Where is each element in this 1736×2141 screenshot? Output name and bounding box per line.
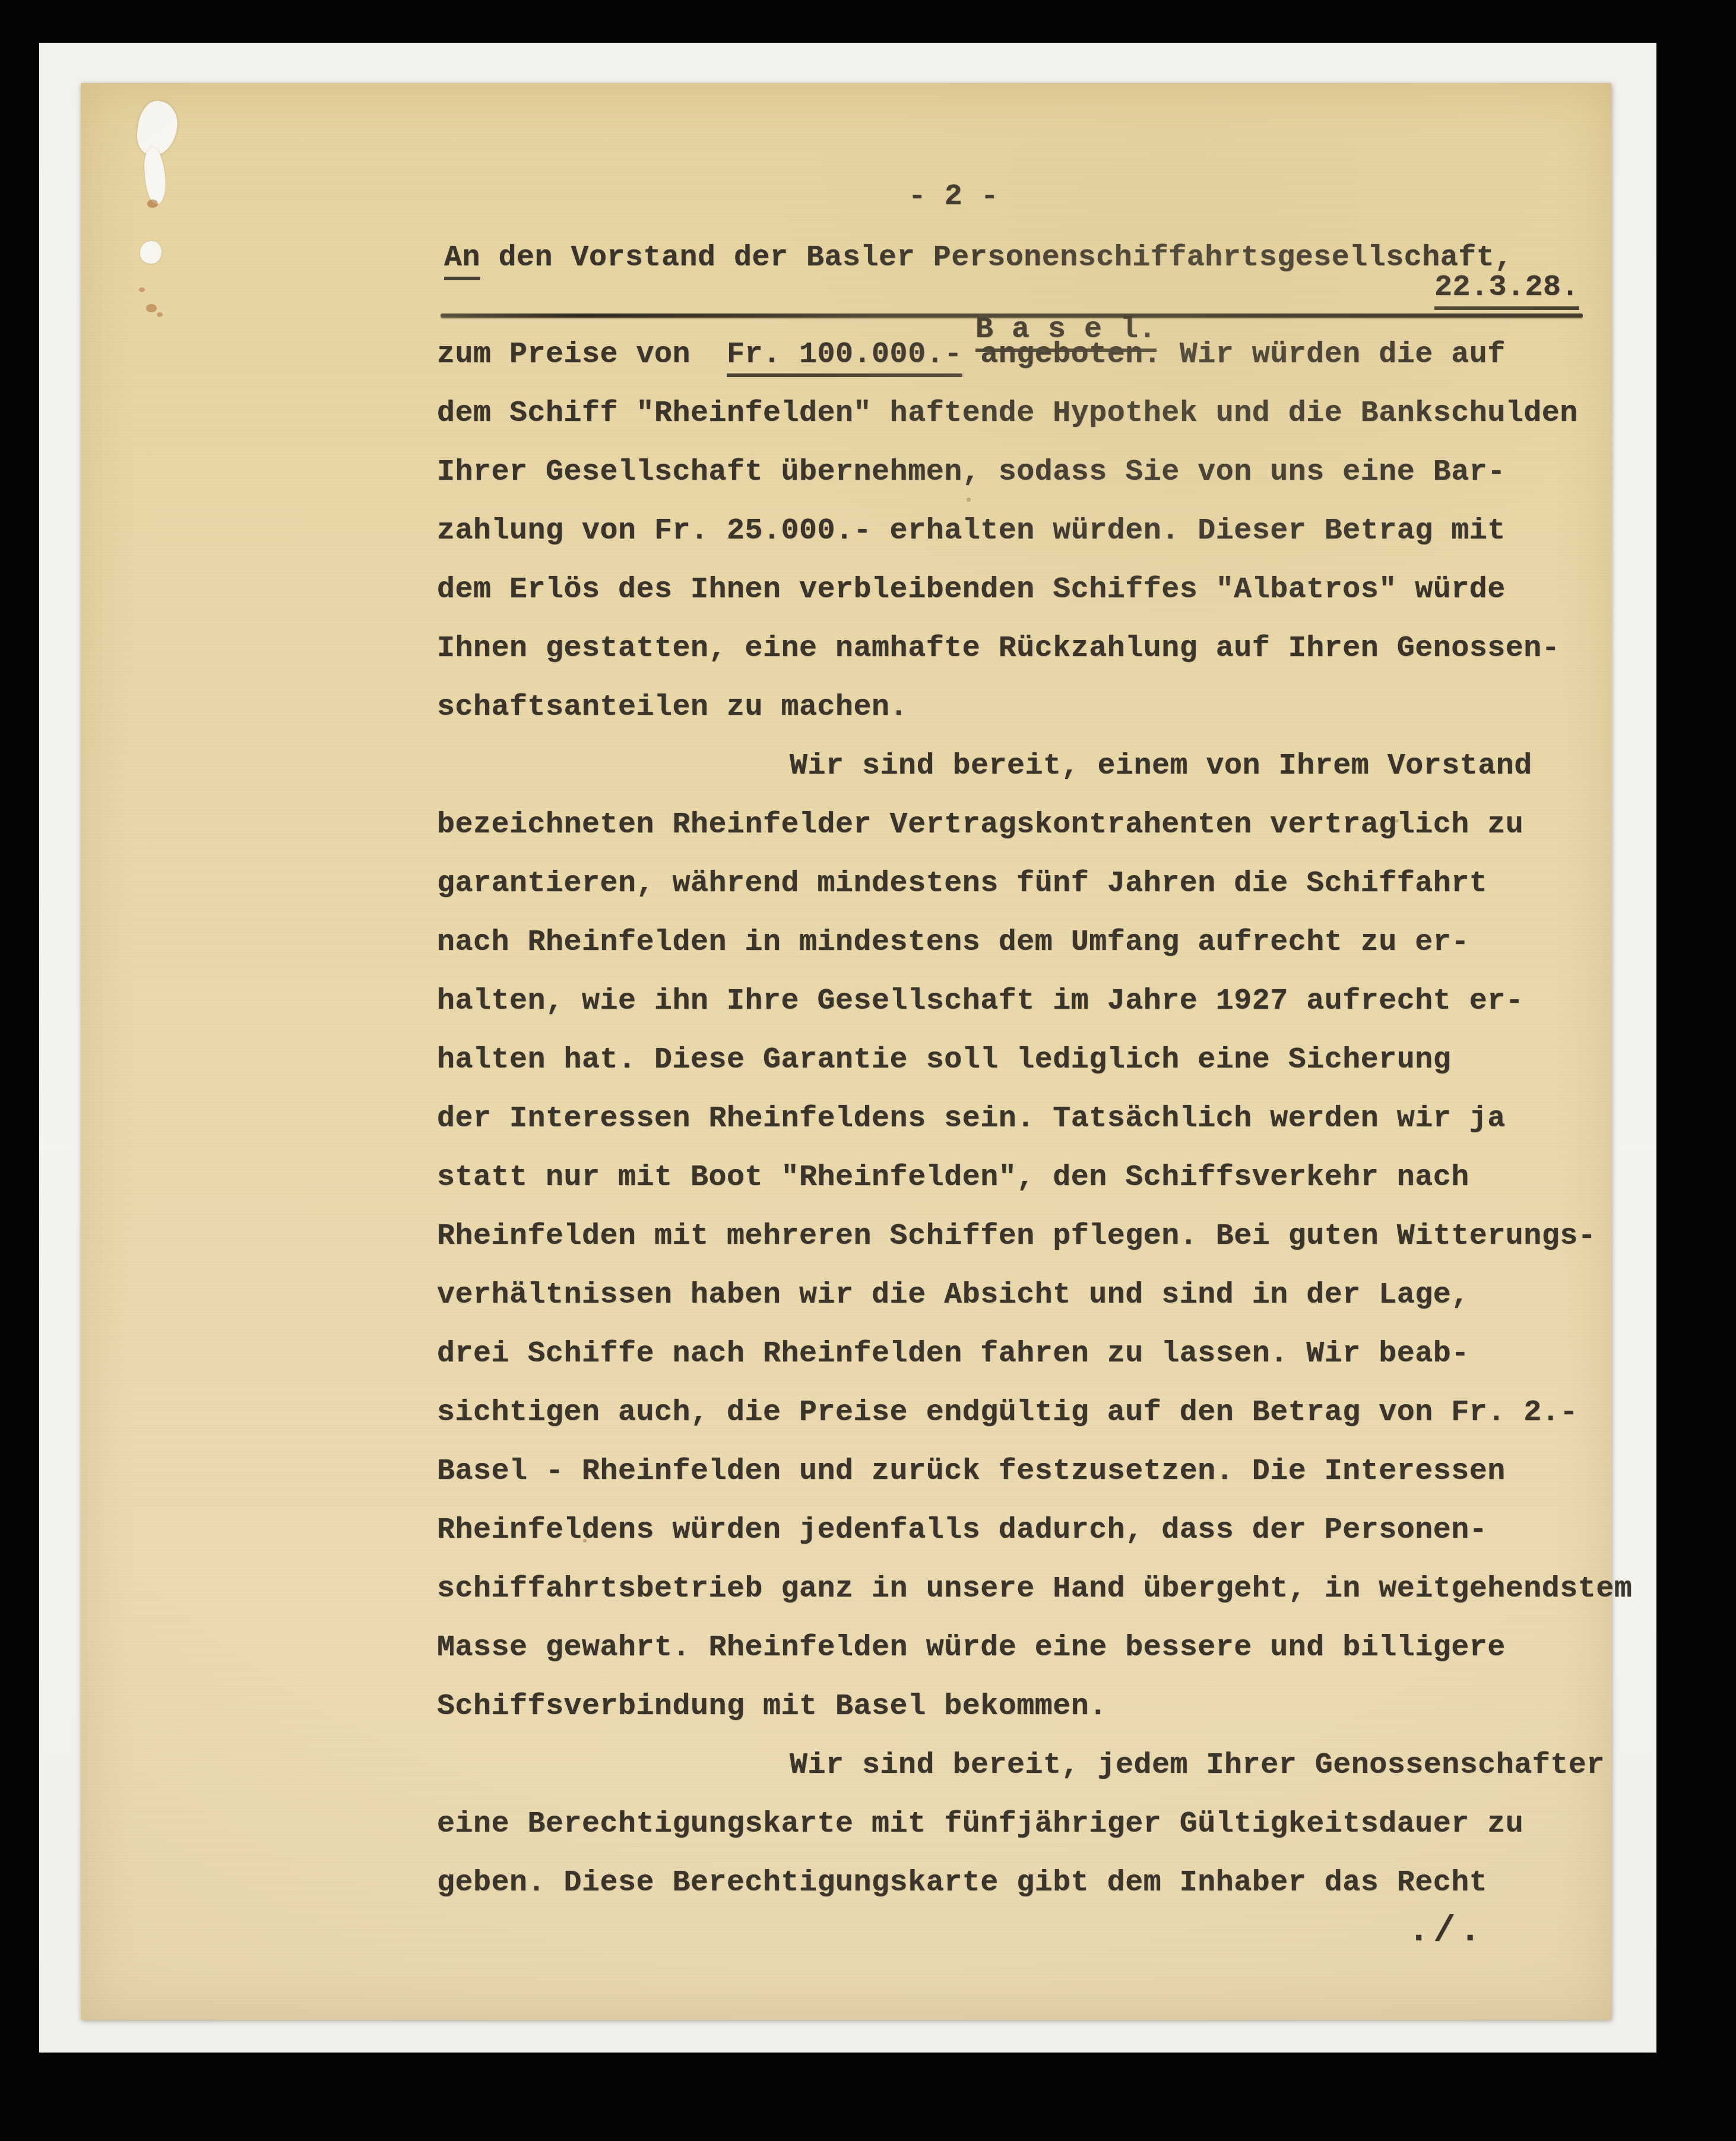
- body-line: sichtigen auch, die Preise endgültig auf…: [437, 1383, 1624, 1442]
- text-segment: den Vorstand der Basler Personenschiffah…: [480, 241, 1513, 275]
- text-segment: statt nur mit Boot "Rheinfelden", den Sc…: [437, 1161, 1469, 1195]
- text-segment: eine Berechtigungskarte mit fünfjähriger…: [437, 1807, 1523, 1841]
- body-line: eine Berechtigungskarte mit fünfjähriger…: [437, 1795, 1624, 1854]
- text-segment: Wir sind bereit, einem von Ihrem Vorstan…: [790, 749, 1532, 783]
- text-segment: dem Schiff "Rheinfelden" haftende Hypoth…: [437, 397, 1578, 430]
- body-line: nach Rheinfelden in mindestens dem Umfan…: [437, 913, 1624, 972]
- body-line: statt nur mit Boot "Rheinfelden", den Sc…: [437, 1148, 1624, 1207]
- body-line: Rheinfeldens würden jedenfalls dadurch, …: [437, 1501, 1624, 1560]
- text-segment: schiffahrtsbetrieb ganz in unsere Hand ü…: [437, 1572, 1632, 1606]
- body-line: schiffahrtsbetrieb ganz in unsere Hand ü…: [437, 1560, 1624, 1619]
- recipient-line: An den Vorstand der Basler Personenschif…: [444, 241, 1590, 275]
- text-segment: schaftsanteilen zu machen.: [437, 691, 908, 724]
- body-line: der Interessen Rheinfeldens sein. Tatsäc…: [437, 1089, 1624, 1148]
- header-rule: [441, 313, 1583, 318]
- text-segment: sichtigen auch, die Preise endgültig auf…: [437, 1396, 1578, 1430]
- body-line: dem Erlös des Ihnen verbleibenden Schiff…: [437, 560, 1624, 619]
- text-segment: drei Schiffe nach Rheinfelden fahren zu …: [437, 1337, 1469, 1371]
- letter-body: zum Preise von Fr. 100.000.- angeboten. …: [437, 325, 1624, 1912]
- scan-photo: { "colors": { "background": "#050505", "…: [0, 0, 1736, 2141]
- body-line: Basel - Rheinfelden und zurück festzuset…: [437, 1442, 1624, 1501]
- body-line: bezeichneten Rheinfelder Vertragskontrah…: [437, 796, 1624, 854]
- body-line: dem Schiff "Rheinfelden" haftende Hypoth…: [437, 384, 1624, 443]
- text-segment: bezeichneten Rheinfelder Vertragskontrah…: [437, 808, 1523, 842]
- paper-damage-patch: [135, 99, 179, 157]
- text-segment: nach Rheinfelden in mindestens dem Umfan…: [437, 926, 1469, 959]
- rust-stain: [139, 287, 145, 292]
- body-line: verhältnissen haben wir die Absicht und …: [437, 1266, 1624, 1325]
- text-segment: halten hat. Diese Garantie soll lediglic…: [437, 1043, 1451, 1077]
- text-segment: angeboten. Wir würden die auf: [962, 338, 1506, 372]
- body-line: drei Schiffe nach Rheinfelden fahren zu …: [437, 1325, 1624, 1383]
- date-label: 22.3.28.: [1434, 271, 1579, 310]
- text-segment: halten, wie ihn Ihre Gesellschaft im Jah…: [437, 984, 1523, 1018]
- body-line: Masse gewahrt. Rheinfelden würde eine be…: [437, 1619, 1624, 1677]
- body-line: Wir sind bereit, einem von Ihrem Vorstan…: [437, 737, 1624, 796]
- body-line: zahlung von Fr. 25.000.- erhalten würden…: [437, 502, 1624, 560]
- text-segment: Rheinfelden mit mehreren Schiffen pflege…: [437, 1220, 1596, 1253]
- text-segment: Ihrer Gesellschaft übernehmen, sodass Si…: [437, 455, 1506, 489]
- text-segment: Rheinfeldens würden jedenfalls dadurch, …: [437, 1513, 1487, 1547]
- text-segment: zahlung von Fr. 25.000.- erhalten würden…: [437, 514, 1506, 548]
- body-line: zum Preise von Fr. 100.000.- angeboten. …: [437, 325, 1624, 384]
- text-segment: Masse gewahrt. Rheinfelden würde eine be…: [437, 1631, 1506, 1665]
- text-segment: geben. Diese Berechtigungskarte gibt dem…: [437, 1866, 1487, 1900]
- rust-stain: [147, 199, 158, 208]
- page-number: - 2 -: [793, 180, 1114, 214]
- text-segment: Wir sind bereit, jedem Ihrer Genossensch…: [790, 1749, 1605, 1782]
- rust-stain: [157, 312, 163, 317]
- underlined-text: An: [444, 241, 480, 280]
- body-line: Ihnen gestatten, eine namhafte Rückzahlu…: [437, 619, 1624, 678]
- body-line: halten, wie ihn Ihre Gesellschaft im Jah…: [437, 972, 1624, 1031]
- rust-stain: [146, 304, 157, 312]
- body-line: schaftsanteilen zu machen.: [437, 678, 1624, 737]
- body-line: garantieren, während mindestens fünf Jah…: [437, 854, 1624, 913]
- text-segment: der Interessen Rheinfeldens sein. Tatsäc…: [437, 1102, 1506, 1136]
- body-line: Wir sind bereit, jedem Ihrer Genossensch…: [437, 1736, 1624, 1795]
- scan-backing-sheet: - 2 - An den Vorstand der Basler Persone…: [39, 43, 1656, 2053]
- paper-damage-patch: [143, 147, 167, 205]
- underlined-text: Fr. 100.000.-: [727, 338, 962, 377]
- paper-damage-patch: [140, 241, 161, 264]
- text-segment: garantieren, während mindestens fünf Jah…: [437, 867, 1487, 901]
- body-line: Rheinfelden mit mehreren Schiffen pflege…: [437, 1207, 1624, 1266]
- text-segment: dem Erlös des Ihnen verbleibenden Schiff…: [437, 573, 1506, 607]
- body-line: Ihrer Gesellschaft übernehmen, sodass Si…: [437, 443, 1624, 502]
- letter-page: - 2 - An den Vorstand der Basler Persone…: [81, 83, 1611, 2020]
- text-segment: Ihnen gestatten, eine namhafte Rückzahlu…: [437, 632, 1560, 666]
- continuation-mark: ./.: [1408, 1909, 1485, 1952]
- text-segment: Basel - Rheinfelden und zurück festzuset…: [437, 1455, 1506, 1488]
- body-line: Schiffsverbindung mit Basel bekommen.: [437, 1677, 1624, 1736]
- body-line: geben. Diese Berechtigungskarte gibt dem…: [437, 1854, 1624, 1912]
- text-segment: zum Preise von: [437, 338, 727, 372]
- text-segment: Schiffsverbindung mit Basel bekommen.: [437, 1690, 1107, 1724]
- text-segment: verhältnissen haben wir die Absicht und …: [437, 1278, 1469, 1312]
- body-line: halten hat. Diese Garantie soll lediglic…: [437, 1031, 1624, 1089]
